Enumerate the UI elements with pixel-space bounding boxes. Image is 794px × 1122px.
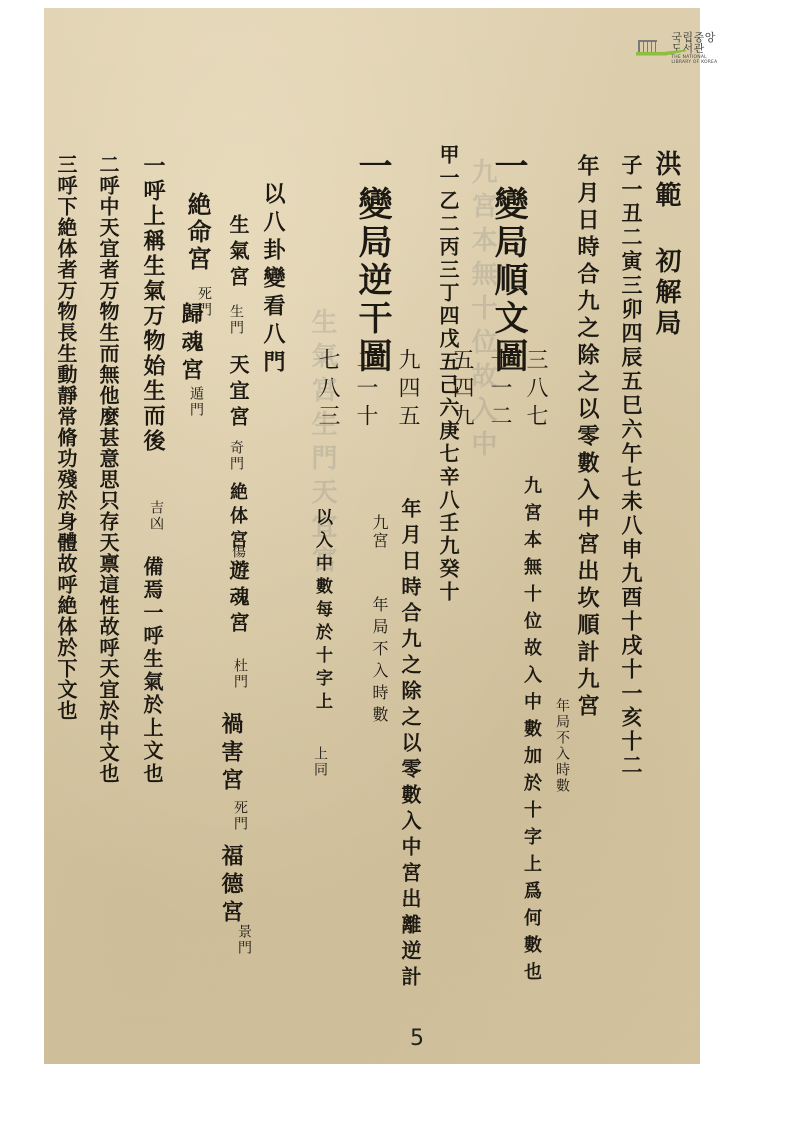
note-column-1: 九宮本無十位故入中數加於十字上爲何數也 [518,476,544,989]
heading-eight-gates: 以八卦變看八門 [258,182,289,378]
text-column-second-call: 二呼中天宜者万物生而無他麼甚意思只存天禀這性故呼天宜於中文也 [94,154,123,784]
text-column-first-call: 一呼上稱生氣万物始生而後 [138,154,169,454]
grid-numbers-d: 九四五 [392,348,423,432]
library-logo-icon [636,38,665,60]
palace-jue-ming: 絶命宮 [180,192,215,273]
heading-shun-wen-tu: 一變局順文圖 [484,148,533,376]
grid-numbers-f: 七八三 [312,348,343,432]
rule-note-2b: 年局不入時數 [368,596,391,728]
page-number: 5 [410,1026,424,1051]
title-column: 洪範 初解局 [648,150,685,340]
text-column-first-call-note: 吉凶 [146,500,166,532]
palace-huo-hai: 禍害宮 [216,712,247,796]
gate-qi: 奇門 [226,440,246,472]
stems-column: 甲一乙二丙三丁四戊五己六庚七辛八壬九癸十 [434,144,463,604]
manuscript-page: 九宮本無十位故入中 生氣宮生門天宜宮 국립중앙도서관 THE NATIONAL … [44,8,700,1064]
palace-fu-de: 福德宮 [216,844,247,928]
gate-dun: 遁門 [186,386,206,418]
heading-ni-gan-tu: 一變局逆干圖 [348,148,397,376]
rule-column-1: 年月日時合九之除之以零數入中宮出坎順計九宮 [572,154,603,721]
text-column-third-call: 三呼下絶体者万物長生動靜常脩功殘於身體故呼絶体於下文也 [52,154,81,721]
text-column-first-call-end: 備焉一呼生氣於上文也 [138,556,167,786]
palace-gui-hun: 歸魂宮 [176,302,207,386]
rule-note-1: 年局不入時數 [552,698,572,794]
grid-numbers-e: 二一十 [350,348,381,432]
palace-tian-yi: 天宜宮 [224,354,253,432]
grid-numbers-a: 三八七 [520,348,551,432]
note-column-2: 以入中數每於十字上 [310,508,335,715]
palace-you-hun: 遊魂宮 [224,560,253,638]
branches-column: 子一丑二寅三卯四辰五巳六午七未八申九酉十戌十一亥十二 [616,154,646,778]
rule-column-2: 年月日時合九之除之以零數入中宮出離逆計 [396,498,425,992]
grid-numbers-b: 十一二 [484,348,515,432]
gate-jing: 景門 [234,924,254,956]
gate-si: 死門 [230,800,250,832]
library-name-english: THE NATIONAL LIBRARY OF KOREA [671,56,718,65]
gate-sheng: 生門 [226,304,246,336]
rule-note-2a: 九宮 [368,514,391,550]
library-watermark: 국립중앙도서관 THE NATIONAL LIBRARY OF KOREA [636,32,718,65]
gate-du: 杜門 [230,658,250,690]
note-column-2-end: 上同 [310,746,330,778]
palace-sheng-qi: 生氣宮 [224,214,253,292]
